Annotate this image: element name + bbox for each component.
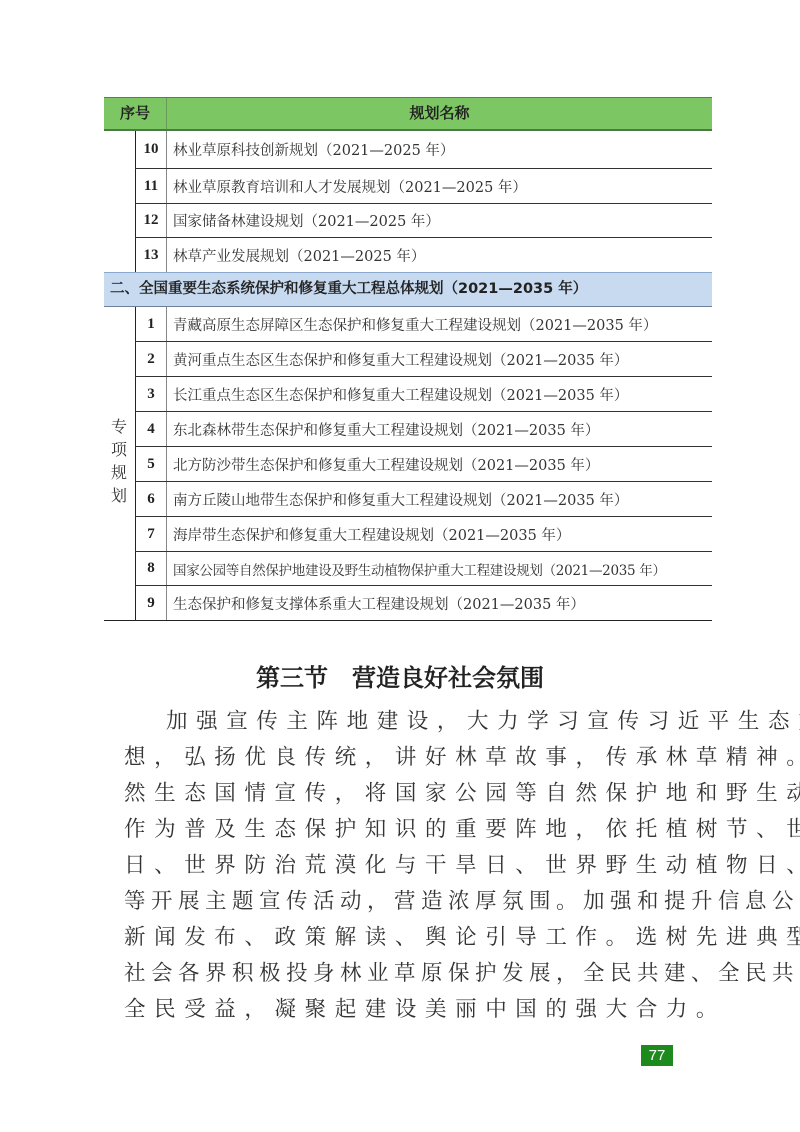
table-row: 6 南方丘陵山地带生态保护和修复重大工程建设规划（2021—2035 年） xyxy=(135,482,712,517)
row-number: 6 xyxy=(135,482,167,516)
table-row: 10 林业草原科技创新规划（2021—2025 年） xyxy=(135,131,712,169)
row-number: 10 xyxy=(135,131,167,168)
paragraph-line: 想，弘扬优良传统，讲好林草故事，传承林草精神。加强自 xyxy=(124,740,684,776)
table-row: 1 青藏高原生态屏障区生态保护和修复重大工程建设规划（2021—2035 年） xyxy=(135,307,712,342)
row-plan-name: 青藏高原生态屏障区生态保护和修复重大工程建设规划（2021—2035 年） xyxy=(173,307,657,341)
row-plan-name: 南方丘陵山地带生态保护和修复重大工程建设规划（2021—2035 年） xyxy=(173,482,628,516)
row-plan-name: 长江重点生态区生态保护和修复重大工程建设规划（2021—2035 年） xyxy=(173,377,628,411)
row-plan-name: 生态保护和修复支撑体系重大工程建设规划（2021—2035 年） xyxy=(173,586,585,620)
table-row: 3 长江重点生态区生态保护和修复重大工程建设规划（2021—2035 年） xyxy=(135,377,712,412)
group-label: 专项规划 xyxy=(108,415,130,507)
row-number: 3 xyxy=(135,377,167,411)
row-number: 5 xyxy=(135,447,167,481)
table-row: 7 海岸带生态保护和修复重大工程建设规划（2021—2035 年） xyxy=(135,517,712,552)
header-serial: 序号 xyxy=(104,98,167,129)
table-row: 12 国家储备林建设规划（2021—2025 年） xyxy=(135,204,712,238)
table-row: 8 国家公园等自然保护地建设及野生动植物保护重大工程建设规划（2021—2035… xyxy=(135,552,712,586)
row-number: 4 xyxy=(135,412,167,446)
row-plan-name: 海岸带生态保护和修复重大工程建设规划（2021—2035 年） xyxy=(173,517,570,551)
row-number: 2 xyxy=(135,342,167,376)
row-number: 9 xyxy=(135,586,167,620)
row-number: 12 xyxy=(135,204,167,237)
table-row: 4 东北森林带生态保护和修复重大工程建设规划（2021—2035 年） xyxy=(135,412,712,447)
row-plan-name: 国家储备林建设规划（2021—2025 年） xyxy=(173,204,440,237)
table-row: 5 北方防沙带生态保护和修复重大工程建设规划（2021—2035 年） xyxy=(135,447,712,482)
row-plan-name: 国家公园等自然保护地建设及野生动植物保护重大工程建设规划（2021—2035 年… xyxy=(173,552,666,585)
table-row: 2 黄河重点生态区生态保护和修复重大工程建设规划（2021—2035 年） xyxy=(135,342,712,377)
paragraph-line: 等开展主题宣传活动，营造浓厚氛围。加强和提升信息公开、 xyxy=(124,884,684,920)
row-plan-name: 林草产业发展规划（2021—2025 年） xyxy=(173,238,425,272)
table-row: 13 林草产业发展规划（2021—2025 年） xyxy=(135,238,712,272)
table-bottom-rule xyxy=(104,620,712,621)
row-number: 13 xyxy=(135,238,167,272)
paragraph-line: 作为普及生态保护知识的重要阵地，依托植树节、世界湿地 xyxy=(124,812,684,848)
page-number: 77 xyxy=(641,1045,673,1066)
paragraph-line: 日、世界防治荒漠化与干旱日、世界野生动植物日、爱鸟周 xyxy=(124,848,684,884)
paragraph-line: 全民受益，凝聚起建设美丽中国的强大合力。 xyxy=(124,992,684,1028)
paragraph-line: 然生态国情宣传，将国家公园等自然保护地和野生动植物等 xyxy=(124,776,684,812)
row-plan-name: 北方防沙带生态保护和修复重大工程建设规划（2021—2035 年） xyxy=(173,447,599,481)
table-row: 9 生态保护和修复支撑体系重大工程建设规划（2021—2035 年） xyxy=(135,586,712,620)
header-plan-name: 规划名称 xyxy=(167,98,712,129)
paragraph-line: 加强宣传主阵地建设，大力学习宣传习近平生态文明思 xyxy=(124,704,684,740)
section-row: 二、全国重要生态系统保护和修复重大工程总体规划（2021—2035 年） xyxy=(104,272,712,307)
section-title: 第三节 营造良好社会氛围 xyxy=(0,658,800,693)
paragraph-line: 新闻发布、政策解读、舆论引导工作。选树先进典型，激励 xyxy=(124,920,684,956)
row-number: 7 xyxy=(135,517,167,551)
row-number: 1 xyxy=(135,307,167,341)
row-plan-name: 东北森林带生态保护和修复重大工程建设规划（2021—2035 年） xyxy=(173,412,599,446)
row-plan-name: 林业草原教育培训和人才发展规划（2021—2025 年） xyxy=(173,169,527,203)
table-header: 序号 规划名称 xyxy=(104,97,712,131)
paragraph-line: 社会各界积极投身林业草原保护发展，全民共建、全民共享、 xyxy=(124,956,684,992)
row-plan-name: 黄河重点生态区生态保护和修复重大工程建设规划（2021—2035 年） xyxy=(173,342,628,376)
table-row: 11 林业草原教育培训和人才发展规划（2021—2025 年） xyxy=(135,169,712,204)
row-number: 11 xyxy=(135,169,167,203)
row-number: 8 xyxy=(135,552,167,585)
row-plan-name: 林业草原科技创新规划（2021—2025 年） xyxy=(173,131,454,168)
body-paragraph: 加强宣传主阵地建设，大力学习宣传习近平生态文明思 想，弘扬优良传统，讲好林草故事… xyxy=(124,704,684,1028)
